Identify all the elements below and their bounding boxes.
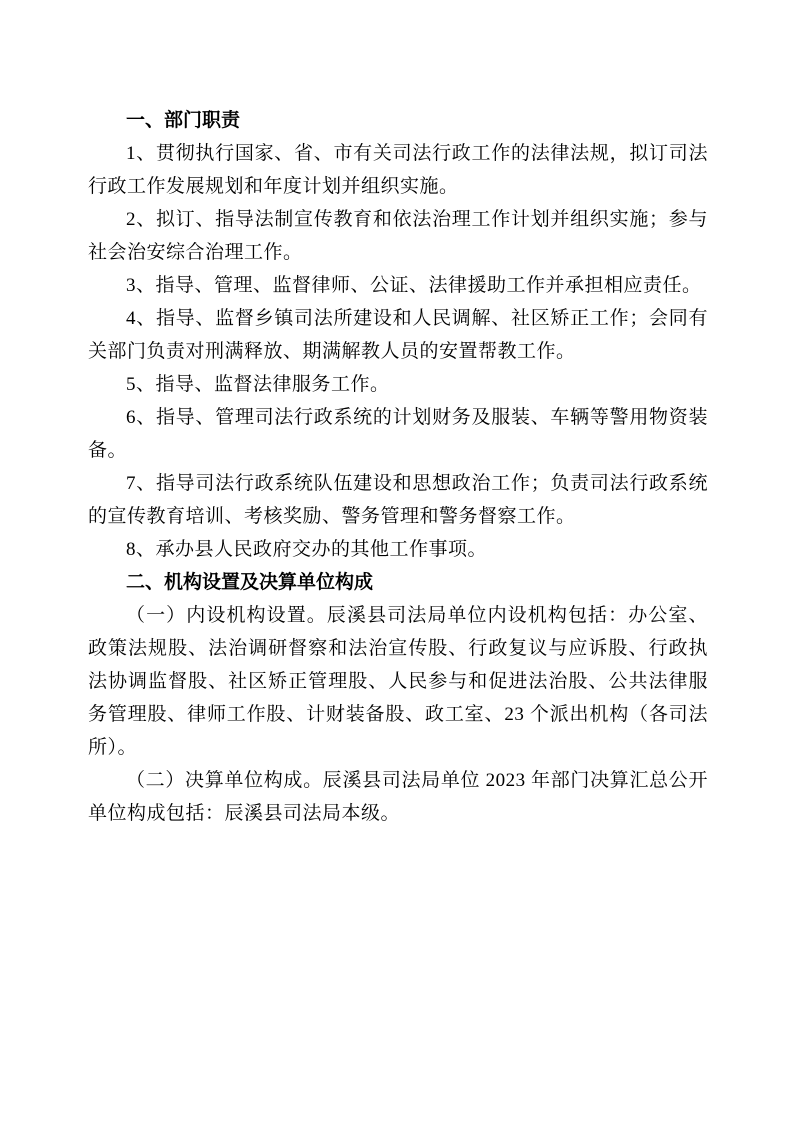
para-duty-5: 5、指导、监督法律服务工作。 [88,368,708,401]
para-duty-4: 4、指导、监督乡镇司法所建设和人民调解、社区矫正工作；会同有关部门负责对刑满释放… [88,302,708,368]
document-page: 一、部门职责 1、贯彻执行国家、省、市有关司法行政工作的法律法规，拟订司法行政工… [0,0,793,1122]
para-budget-unit-composition: （二）决算单位构成。辰溪县司法局单位 2023 年部门决算汇总公开单位构成包括：… [88,764,708,830]
para-internal-org-setup: （一）内设机构设置。辰溪县司法局单位内设机构包括：办公室、政策法规股、法治调研督… [88,599,708,764]
para-duty-3: 3、指导、管理、监督律师、公证、法律援助工作并承担相应责任。 [88,269,708,302]
para-duty-6: 6、指导、管理司法行政系统的计划财务及服装、车辆等警用物资装备。 [88,401,708,467]
section-heading-department-duties: 一、部门职责 [88,104,708,137]
para-duty-8: 8、承办县人民政府交办的其他工作事项。 [88,533,708,566]
section-heading-org-structure: 二、机构设置及决算单位构成 [88,566,708,599]
para-duty-2: 2、拟订、指导法制宣传教育和依法治理工作计划并组织实施；参与社会治安综合治理工作… [88,203,708,269]
para-duty-7: 7、指导司法行政系统队伍建设和思想政治工作；负责司法行政系统的宣传教育培训、考核… [88,467,708,533]
document-content: 一、部门职责 1、贯彻执行国家、省、市有关司法行政工作的法律法规，拟订司法行政工… [88,104,708,830]
para-duty-1: 1、贯彻执行国家、省、市有关司法行政工作的法律法规，拟订司法行政工作发展规划和年… [88,137,708,203]
